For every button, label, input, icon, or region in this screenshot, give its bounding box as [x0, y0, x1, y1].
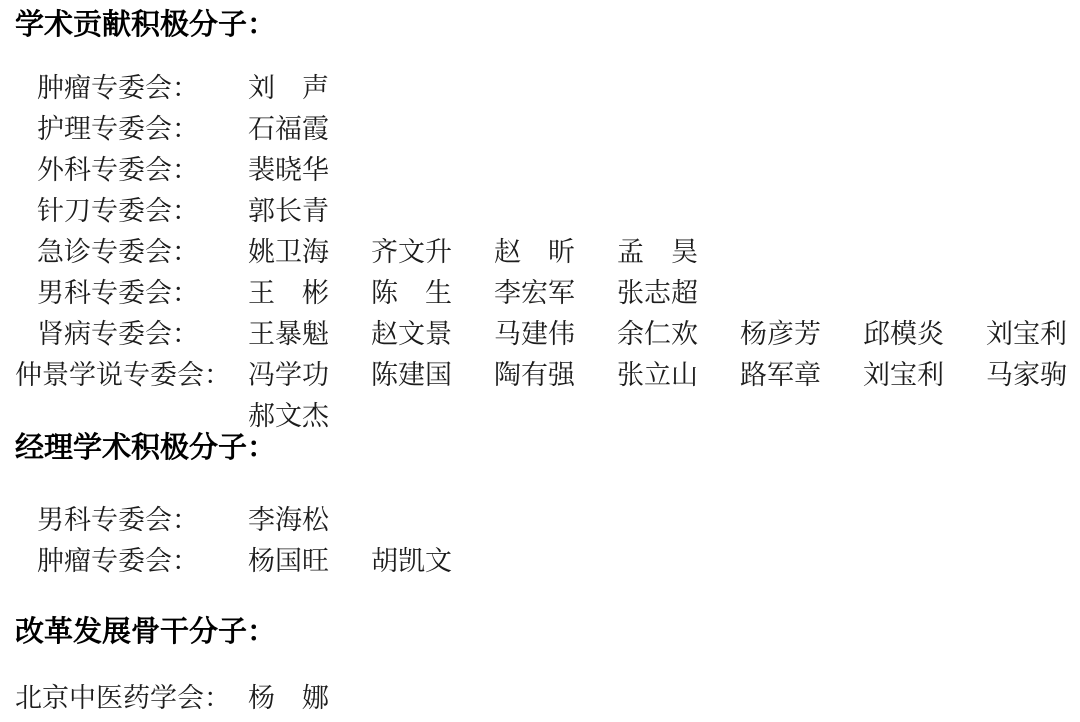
member-name: 路军章: [740, 355, 863, 396]
committee-row: 男科专委会：李海松: [15, 500, 1080, 541]
member-name: 刘宝利: [986, 314, 1080, 355]
committee-row: 针刀专委会：郭长青: [15, 191, 1080, 232]
section-rows: 北京中医药学会：杨 娜: [15, 678, 1080, 719]
member-name: 马建伟: [494, 314, 617, 355]
section-title: 学术贡献积极分子：: [15, 8, 1080, 42]
member-name: 陶有强: [494, 355, 617, 396]
committee-label: 仲景学说专委会：: [15, 355, 248, 396]
committee-label: 针刀专委会：: [15, 191, 248, 232]
committee-row: 肿瘤专委会：刘 声: [15, 68, 1080, 109]
member-name: 齐文升: [371, 232, 494, 273]
member-name: 王 彬: [248, 273, 371, 314]
member-name: 刘宝利: [863, 355, 986, 396]
member-name: 马家驹: [986, 355, 1080, 396]
committee-row: 男科专委会：王 彬陈 生李宏军张志超: [15, 273, 1080, 314]
member-name: 张志超: [617, 273, 740, 314]
committee-label: 肿瘤专委会：: [15, 541, 248, 582]
member-name: 赵文景: [371, 314, 494, 355]
member-name: 余仁欢: [617, 314, 740, 355]
member-name: 石福霞: [248, 109, 371, 150]
member-name: 郭长青: [248, 191, 371, 232]
member-name: 邱模炎: [863, 314, 986, 355]
member-name: 李海松: [248, 500, 371, 541]
committee-row: 急诊专委会：姚卫海齐文升赵 昕孟 昊: [15, 232, 1080, 273]
member-name: 杨国旺: [248, 541, 371, 582]
section-title: 经理学术积极分子：: [15, 431, 1080, 465]
committee-row: 北京中医药学会：杨 娜: [15, 678, 1080, 719]
member-name: 杨彦芳: [740, 314, 863, 355]
member-name: 张立山: [617, 355, 740, 396]
member-name: 胡凯文: [371, 541, 494, 582]
member-name: 陈 生: [371, 273, 494, 314]
member-name: 刘 声: [248, 68, 371, 109]
committee-label: 外科专委会：: [15, 150, 248, 191]
member-name: 孟 昊: [617, 232, 740, 273]
member-name: 杨 娜: [248, 678, 371, 719]
section-rows: 肿瘤专委会：刘 声 护理专委会：石福霞 外科专委会：裴晓华 针刀专委会：郭长青 …: [15, 68, 1080, 437]
committee-row: 外科专委会：裴晓华: [15, 150, 1080, 191]
committee-label: 护理专委会：: [15, 109, 248, 150]
committee-label: 急诊专委会：: [15, 232, 248, 273]
member-name: 裴晓华: [248, 150, 371, 191]
section-title: 改革发展骨干分子：: [15, 615, 1080, 649]
section-rows: 男科专委会：李海松 肿瘤专委会：杨国旺胡凯文: [15, 500, 1080, 582]
committee-label: 肿瘤专委会：: [15, 68, 248, 109]
committee-label: 男科专委会：: [15, 500, 248, 541]
committee-row: 仲景学说专委会：冯学功陈建国陶有强张立山路军章刘宝利马家驹: [15, 355, 1080, 396]
member-name: 王暴魁: [248, 314, 371, 355]
committee-row: 护理专委会：石福霞: [15, 109, 1080, 150]
committee-label: 北京中医药学会：: [15, 678, 248, 719]
member-name: 冯学功: [248, 355, 371, 396]
member-name: 赵 昕: [494, 232, 617, 273]
member-name: 姚卫海: [248, 232, 371, 273]
member-name: 李宏军: [494, 273, 617, 314]
committee-label: 男科专委会：: [15, 273, 248, 314]
committee-row: 肿瘤专委会：杨国旺胡凯文: [15, 541, 1080, 582]
committee-label: 肾病专委会：: [15, 314, 248, 355]
document: 学术贡献积极分子： 肿瘤专委会：刘 声 护理专委会：石福霞 外科专委会：裴晓华 …: [0, 8, 1080, 722]
committee-row: 肾病专委会：王暴魁赵文景马建伟余仁欢杨彦芳邱模炎刘宝利: [15, 314, 1080, 355]
member-name: 陈建国: [371, 355, 494, 396]
